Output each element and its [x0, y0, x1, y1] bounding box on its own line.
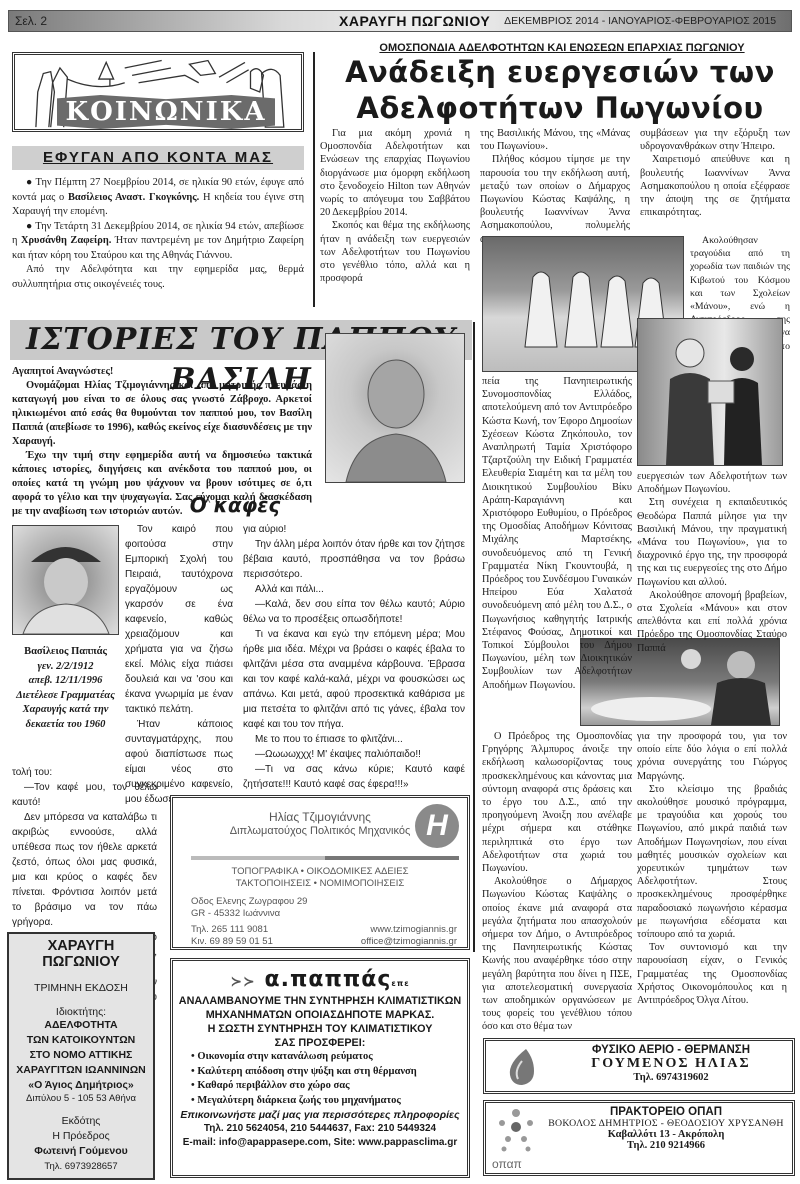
- obituaries-text: ● Την Πέμπτη 27 Νοεμβρίου 2014, σε ηλικί…: [12, 176, 304, 292]
- article-column-2-mid: πεία της Πανηπειρωτικής Συνομοσπονδίας Ε…: [482, 375, 632, 692]
- opap-advertisement: οπαπ ΠΡΑΚΤΟΡΕΙΟ ΟΠΑΠ ΒΟΚΟΛΟΣ ΔΗΜΗΤΡΙΟΣ -…: [483, 1100, 795, 1176]
- issue-date: ΔΕΚΕΜΒΡΙΟΣ 2014 - ΙΑΝΟΥΑΡΙΟΣ-ΦΕΒΡΟΥΑΡΙΟΣ…: [504, 15, 776, 27]
- newspaper-title: ΧΑΡΑΥΓΗ ΠΩΓΩΝΙΟΥ: [339, 13, 490, 29]
- opap-logo-text: οπαπ: [492, 1157, 522, 1171]
- page-number: Σελ. 2: [9, 14, 209, 28]
- article-column-2-top: της Βασιλικής Μάνου, της «Μάνας του Πωγω…: [480, 127, 630, 246]
- article-column-2-low: Ο Πρόεδρος της Ομοσπονδίας Γρηγόρης Άλμπ…: [482, 730, 632, 1034]
- article-headline: Ανάδειξη ευεργεσιών των Αδελφοτήτων Πωγω…: [320, 54, 800, 126]
- wing-logo-icon: ≻≻: [230, 974, 255, 990]
- award-ceremony-icon: [638, 319, 782, 465]
- opap-star-logo-icon: [496, 1107, 536, 1153]
- grandfather-photo: [12, 525, 119, 635]
- elderly-man-hat-icon: [13, 526, 118, 634]
- pappas-logo: ≻≻ α.παππάςεπε: [173, 967, 467, 992]
- air-conditioning-advertisement: ≻≻ α.παππάςεπε ΑΝΑΛΑΜΒΑΝΟΥΜΕ ΤΗΝ ΣΥΝΤΗΡΗ…: [170, 958, 470, 1178]
- column-divider: [473, 322, 475, 952]
- divider-bar: [191, 856, 459, 860]
- article-column-3-top: συμβάσεων για την εξόρυξη των υδρογονανθ…: [640, 127, 790, 219]
- engineer-email-link[interactable]: office@tzimogiannis.gr: [361, 936, 457, 948]
- man-portrait-icon: [326, 334, 464, 482]
- social-section-banner: ΚΟΙΝΩΝΙΚΑ: [12, 52, 304, 132]
- engineer-website-link[interactable]: www.tzimogiannis.gr: [361, 924, 457, 936]
- heating-advertisement: ΦΥΣΙΚΟ ΑΕΡΙΟ - ΘΕΡΜΑΝΣΗ ΓΟΥΜΕΝΟΣ ΗΛΙΑΣ Τ…: [483, 1038, 795, 1094]
- obituary-item: ● Την Τετάρτη 31 Δεκεμβρίου 2014, σε ηλι…: [12, 220, 304, 264]
- author-portrait: [325, 333, 465, 483]
- article-column-3-mid: ευεργεσιών των Αδελφοτήτων των Αποδήμων …: [637, 470, 787, 655]
- article-column-3-low: για την προσφορά του, για τον οποίο είπε…: [637, 730, 787, 1007]
- pappas-contact-links[interactable]: E-mail: info@apappasepe.com, Site: www.p…: [173, 1136, 467, 1150]
- condolences: Από την Αδελφότητα και την εφημερίδα μας…: [12, 263, 304, 292]
- award-photo: [637, 318, 783, 466]
- masthead: Σελ. 2 ΧΑΡΑΥΓΗ ΠΩΓΩΝΙΟΥ ΔΕΚΕΜΒΡΙΟΣ 2014 …: [8, 10, 792, 32]
- obituary-item: ● Την Πέμπτη 27 Νοεμβρίου 2014, σε ηλικί…: [12, 176, 304, 220]
- article-column-1: Για μια ακόμη χρονιά η Ομοσπονδία Αδελφο…: [320, 127, 470, 285]
- colophon-box: ΧΑΡΑΥΓΗ ΠΩΓΩΝΙΟΥ ΤΡΙΜΗΝΗ ΕΚΔΟΣΗ Ιδιοκτήτ…: [7, 932, 155, 1180]
- column-divider: [313, 52, 315, 307]
- benefits-list: • Οικονομία στην κατανάλωση ρεύματος • Κ…: [173, 1050, 467, 1108]
- engineer-advertisement: Ηλίας Τζιμογιάννης Διπλωματούχος Πολιτικ…: [170, 795, 470, 950]
- article-kicker: ΟΜΟΣΠΟΝΔΙΑ ΑΔΕΛΦΟΤΗΤΩΝ ΚΑΙ ΕΝΩΣΕΩΝ ΕΠΑΡΧ…: [332, 42, 792, 54]
- social-banner-text: ΚΟΙΝΩΝΙΚΑ: [57, 95, 275, 129]
- photo-caption: Βασίλειος Παππάς γεν. 2/2/1912 απεβ. 12/…: [8, 645, 123, 732]
- engineer-logo-icon: H: [415, 804, 459, 848]
- story-title: Ο καφές: [150, 493, 320, 517]
- obituaries-heading: ΕΦΥΓΑΝ ΑΠΟ ΚΟΝΤΑ ΜΑΣ: [12, 146, 304, 170]
- story-column-b: για αύριο! Την άλλη μέρα λοιπόν όταν ήρθ…: [243, 522, 465, 792]
- flame-icon: [504, 1047, 538, 1087]
